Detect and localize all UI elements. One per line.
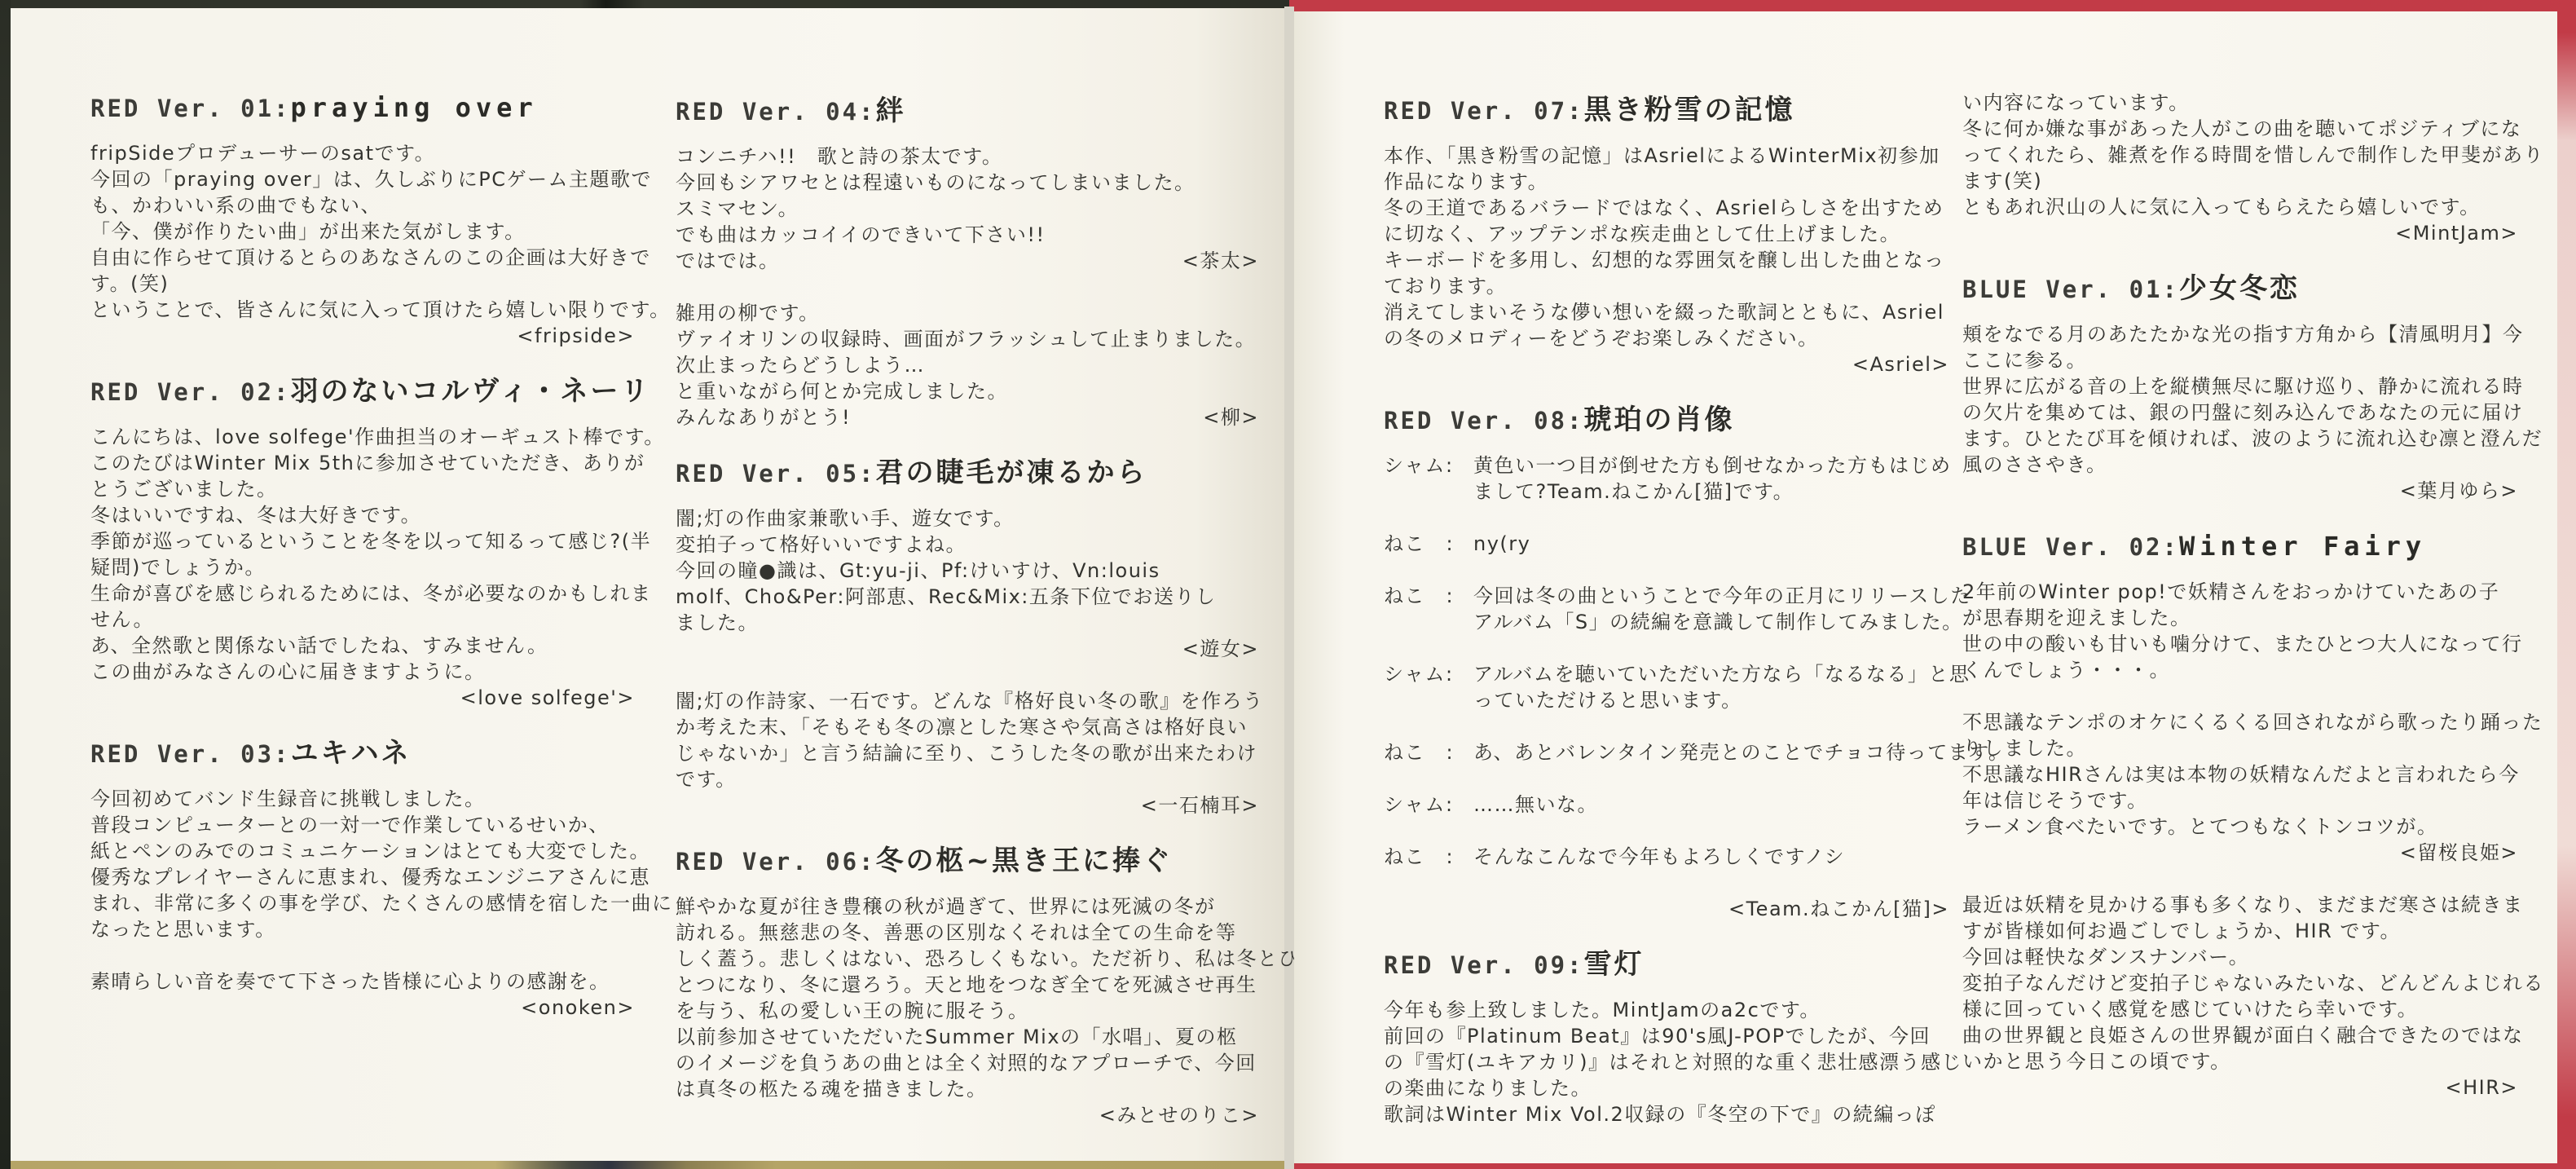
liner-notes-column-4: い内容になっています。冬に何か嫌な事があった人がこの曲を聴いてポジティブになって… bbox=[1962, 90, 2518, 1101]
track-title: ユキハネ bbox=[291, 737, 412, 770]
credit-signature: <love solfege'> bbox=[90, 685, 635, 711]
credit-signature: <柳> bbox=[1203, 404, 1259, 430]
dialog-turn: ねこ :あ、あとバレンタイン発売とのことでチョコ待ってます。 bbox=[1384, 739, 1949, 765]
comment-paragraph: 雑用の柳です。ヴァイオリンの収録時、画面がフラッシュして止まりました。次止まった… bbox=[676, 300, 1259, 404]
blank-line bbox=[676, 662, 1259, 688]
dialog-text: 今回は冬の曲ということで今年の正月にリリースしたアルバム「S」の続編を意識して制… bbox=[1473, 583, 1971, 635]
text-line: 雑用の柳です。 bbox=[676, 300, 1259, 326]
text-line: 今回初めてバンド生録音に挑戦しました。 bbox=[90, 786, 635, 812]
track-heading: RED Ver. 02:羽のないコルヴィ・ネーリ bbox=[90, 373, 635, 409]
text-line: せん。 bbox=[90, 607, 635, 633]
track-title: 絆 bbox=[876, 95, 906, 127]
text-line: 「今、僕が作りたい曲」が出来た気がします。 bbox=[90, 218, 635, 245]
text-line: こんにちは、love solfege'作曲担当のオーギュスト棒です。 bbox=[90, 424, 635, 450]
text-line: とうございました。 bbox=[90, 476, 635, 502]
track-title: Winter Fairy bbox=[2179, 531, 2426, 562]
dialog-speaker: シャム: bbox=[1384, 661, 1473, 713]
dialog-speaker: ねこ : bbox=[1384, 531, 1473, 557]
text-line: ともあれ沢山の人に気に入ってもらえたら嬉しいです。 bbox=[1962, 194, 2518, 220]
text-line: と重いながら何とか完成しました。 bbox=[676, 378, 1259, 404]
text-line: す。(笑) bbox=[90, 271, 635, 297]
dialog-turn: シャム:……無いな。 bbox=[1384, 792, 1949, 818]
text-line: か考えた末、「そもそも冬の凛とした寒さや気高さは格好良い bbox=[676, 714, 1259, 740]
text-line: が思春期を迎えました。 bbox=[1962, 605, 2518, 631]
scanned-booklet-spread: RED Ver. 01:praying overfripSideプロデューサーの… bbox=[0, 0, 2576, 1169]
track-number-label: RED Ver. 07: bbox=[1384, 97, 1584, 125]
text-line: の『雪灯(ユキアカリ)』はそれと対照的な重く悲壮感漂う感じ bbox=[1384, 1049, 1949, 1075]
booklet-page-right: RED Ver. 07:黒き粉雪の記憶本作、「黒き粉雪の記憶」はAsrielによ… bbox=[1294, 11, 2557, 1163]
text-line: の欠片を集めては、銀の円盤に刻み込んであなたの元に届け bbox=[1962, 399, 2518, 426]
text-line: も、かわいい系の曲でもない、 bbox=[90, 192, 635, 218]
blank-line bbox=[676, 274, 1259, 300]
track-number-label: BLUE Ver. 02: bbox=[1962, 533, 2179, 561]
comment-paragraph: 本作、「黒き粉雪の記憶」はAsrielによるWinterMix初参加作品になりま… bbox=[1384, 143, 1949, 351]
blank-line bbox=[1384, 505, 1949, 531]
comment-paragraph: コンニチハ!! 歌と詩の茶太です。今回もシアワセとは程遠いものになってしまいまし… bbox=[676, 143, 1259, 248]
text-line: あ、全然歌と関係ない話でしたね、すみません。 bbox=[90, 633, 635, 659]
track-number-label: RED Ver. 05: bbox=[676, 460, 876, 487]
comment-paragraph: 今回初めてバンド生録音に挑戦しました。普段コンピューターとの一対一で作業している… bbox=[90, 786, 635, 942]
text-line: アルバムを聴いていただいた方なら「なるなる」と思 bbox=[1473, 661, 1970, 687]
text-line: 素晴らしい音を奏でて下さった皆様に心よりの感謝を。 bbox=[90, 968, 635, 995]
dialog-turn: ねこ :そんなこんなで今年もよろしくですノシ bbox=[1384, 844, 1949, 870]
track-heading: RED Ver. 06:冬の柩~黒き王に捧ぐ bbox=[676, 843, 1259, 879]
text-line: くんでしょう・・・。 bbox=[1962, 657, 2518, 683]
track-title: 琥珀の肖像 bbox=[1584, 404, 1735, 436]
text-line: 消えてしまいそうな儚い想いを綴った歌詞とともに、Asriel bbox=[1384, 299, 1949, 325]
blank-line bbox=[1384, 765, 1949, 792]
text-line: まして?Team.ねこかん[猫]です。 bbox=[1473, 479, 1952, 505]
blank-line bbox=[1384, 635, 1949, 661]
text-line: このたびはWinter Mix 5thに参加させていただき、ありが bbox=[90, 450, 635, 476]
text-line: みんなありがとう! bbox=[676, 404, 851, 430]
text-line: りしました。 bbox=[1962, 735, 2518, 761]
text-line: 冬はいいですね、冬は大好きです。 bbox=[90, 502, 635, 528]
text-line: い内容になっています。 bbox=[1962, 90, 2518, 116]
text-line-with-signature: みんなありがとう!<柳> bbox=[676, 404, 1259, 430]
text-line: ます(笑) bbox=[1962, 168, 2518, 194]
text-line: 疑問)でしょうか。 bbox=[90, 554, 635, 580]
track-number-label: RED Ver. 01: bbox=[90, 95, 291, 122]
text-line: っていただけると思います。 bbox=[1473, 687, 1970, 713]
text-line: 冬に何か嫌な事があった人がこの曲を聴いてポジティブにな bbox=[1962, 116, 2518, 142]
text-line: ってくれたら、雑煮を作る時間を惜しんで制作した甲斐があり bbox=[1962, 142, 2518, 168]
booklet-page-left: RED Ver. 01:praying overfripSideプロデューサーの… bbox=[11, 8, 1284, 1161]
comment-paragraph: 今年も参上致しました。MintJamのa2cです。前回の『Platinum Be… bbox=[1384, 997, 1949, 1127]
dialog-speaker: シャム: bbox=[1384, 792, 1473, 818]
dialog-text: ……無いな。 bbox=[1473, 792, 1949, 818]
text-line: 変拍子って格好いいですよね。 bbox=[676, 532, 1259, 558]
comment-paragraph: 鮮やかな夏が往き豊穣の秋が過ぎて、世界には死滅の冬が訪れる。無慈悲の冬、善悪の区… bbox=[676, 893, 1259, 1102]
text-line: 前回の『Platinum Beat』は90's風J-POPでしたが、今回 bbox=[1384, 1023, 1949, 1049]
text-line: スミマセン。 bbox=[676, 196, 1259, 222]
track-title: 雪灯 bbox=[1584, 948, 1645, 981]
text-line: 今回の「praying over」は、久しぶりにPCゲーム主題歌で bbox=[90, 166, 635, 192]
track-heading: RED Ver. 03:ユキハネ bbox=[90, 735, 635, 771]
track-number-label: RED Ver. 04: bbox=[676, 98, 876, 126]
text-line: 季節が巡っているということを冬を以って知るって感じ?(半 bbox=[90, 528, 635, 554]
text-line: 黄色い一つ目が倒せた方も倒せなかった方もはじめ bbox=[1473, 452, 1952, 479]
comment-paragraph: fripSideプロデューサーのsatです。今回の「praying over」は… bbox=[90, 140, 635, 323]
text-line: ております。 bbox=[1384, 273, 1949, 299]
blank-line bbox=[1384, 870, 1949, 896]
text-line: 生命が喜びを感じられるためには、冬が必要なのかもしれま bbox=[90, 580, 635, 607]
text-line: いかと思う今日この頃です。 bbox=[1962, 1048, 2518, 1074]
text-line: 今回は軽快なダンスナンバー。 bbox=[1962, 944, 2518, 970]
dialog-turn: ねこ :今回は冬の曲ということで今年の正月にリリースしたアルバム「S」の続編を意… bbox=[1384, 583, 1949, 635]
track-heading: RED Ver. 09:雪灯 bbox=[1384, 946, 1949, 982]
text-line: すが皆様如何お過ごしでしょうか、HIR です。 bbox=[1962, 918, 2518, 944]
text-line: は真冬の柩たる魂を描きました。 bbox=[676, 1076, 1259, 1102]
dialog-speaker: ねこ : bbox=[1384, 583, 1473, 635]
text-line: のイメージを負うあの曲とは全く対照的なアプローチで、今回 bbox=[676, 1050, 1259, 1076]
comment-paragraph: い内容になっています。冬に何か嫌な事があった人がこの曲を聴いてポジティブになって… bbox=[1962, 90, 2518, 220]
text-line: あ、あとバレンタイン発売とのことでチョコ待ってます。 bbox=[1473, 739, 2009, 765]
text-line: 闇;灯の作曲家兼歌い手、遊女です。 bbox=[676, 505, 1259, 532]
dialog-text: アルバムを聴いていただいた方なら「なるなる」と思っていただけると思います。 bbox=[1473, 661, 1970, 713]
text-line: とつになり、冬に還ろう。天と地をつなぎ全てを死滅させ再生 bbox=[676, 972, 1259, 998]
dialog-text: 黄色い一つ目が倒せた方も倒せなかった方もはじめまして?Team.ねこかん[猫]で… bbox=[1473, 452, 1952, 505]
text-line: の冬のメロディーをどうぞお楽しみください。 bbox=[1384, 325, 1949, 351]
text-line: 鮮やかな夏が往き豊穣の秋が過ぎて、世界には死滅の冬が bbox=[676, 893, 1259, 920]
comment-paragraph: こんにちは、love solfege'作曲担当のオーギュスト棒です。このたびはW… bbox=[90, 424, 635, 685]
track-heading: RED Ver. 05:君の睫毛が凍るから bbox=[676, 455, 1259, 491]
track-title: 君の睫毛が凍るから bbox=[876, 457, 1147, 489]
text-line: 今回は冬の曲ということで今年の正月にリリースした bbox=[1473, 583, 1971, 609]
track-heading: RED Ver. 04:絆 bbox=[676, 93, 1259, 129]
credit-signature: <Asriel> bbox=[1384, 351, 1949, 377]
page-fold-gap bbox=[1284, 7, 1294, 1169]
text-line: に切なく、アップテンポな疾走曲として仕上げました。 bbox=[1384, 221, 1949, 247]
comment-paragraph: 闇;灯の作詩家、一石です。どんな『格好良い冬の歌』を作ろうか考えた末、「そもそも… bbox=[676, 688, 1259, 792]
text-line: 曲の世界観と良姫さんの世界観が面白く融合できたのではな bbox=[1962, 1022, 2518, 1048]
credit-signature: <MintJam> bbox=[1962, 220, 2518, 246]
comment-paragraph: 頬をなでる月のあたたかな光の指す方角から【清風明月】今ここに参る。世界に広がる音… bbox=[1962, 321, 2518, 478]
blank-line bbox=[1384, 818, 1949, 844]
dialog-text: ny(ry bbox=[1473, 531, 1949, 557]
text-line: 頬をなでる月のあたたかな光の指す方角から【清風明月】今 bbox=[1962, 321, 2518, 347]
text-line-with-signature: ではでは。<茶太> bbox=[676, 248, 1259, 274]
comment-paragraph: 素晴らしい音を奏でて下さった皆様に心よりの感謝を。 bbox=[90, 968, 635, 995]
text-line: 訪れる。無慈悲の冬、善悪の区別なくそれは全ての生命を等 bbox=[676, 920, 1259, 946]
text-line: 不思議なテンポのオケにくるくる回されながら歌ったり踊った bbox=[1962, 709, 2518, 735]
credit-signature: <HIR> bbox=[1962, 1074, 2518, 1101]
text-line: コンニチハ!! 歌と詩の茶太です。 bbox=[676, 143, 1259, 170]
credit-signature: <遊女> bbox=[676, 636, 1259, 662]
comment-paragraph: 2年前のWinter pop!で妖精さんをおっかけていたあの子が思春期を迎えまし… bbox=[1962, 579, 2518, 683]
track-heading: BLUE Ver. 02:Winter Fairy bbox=[1962, 528, 2518, 564]
track-number-label: RED Ver. 08: bbox=[1384, 407, 1584, 435]
blank-line bbox=[1962, 866, 2518, 892]
credit-signature: <Team.ねこかん[猫]> bbox=[1384, 896, 1949, 922]
text-line: の楽曲になりました。 bbox=[1384, 1075, 1949, 1101]
text-line: 作品になります。 bbox=[1384, 169, 1949, 195]
track-title: 黒き粉雪の記憶 bbox=[1584, 94, 1795, 126]
text-line: ヴァイオリンの収録時、画面がフラッシュして止まりました。 bbox=[676, 326, 1259, 352]
text-line: 風のささやき。 bbox=[1962, 452, 2518, 478]
text-line: 本作、「黒き粉雪の記憶」はAsrielによるWinterMix初参加 bbox=[1384, 143, 1949, 169]
dialog-speaker: シャム: bbox=[1384, 452, 1473, 505]
text-line: 歌詞はWinter Mix Vol.2収録の『冬空の下で』の続編っぽ bbox=[1384, 1101, 1949, 1127]
track-number-label: RED Ver. 02: bbox=[90, 378, 291, 406]
credit-signature: <葉月ゆら> bbox=[1962, 478, 2518, 504]
text-line: ここに参る。 bbox=[1962, 347, 2518, 373]
track-title: 羽のないコルヴィ・ネーリ bbox=[291, 375, 651, 408]
track-heading: RED Ver. 01:praying over bbox=[90, 90, 635, 126]
credit-signature: <一石楠耳> bbox=[676, 792, 1259, 818]
track-number-label: BLUE Ver. 01: bbox=[1962, 276, 2179, 303]
text-line: 最近は妖精を見かける事も多くなり、まだまだ寒さは続きま bbox=[1962, 892, 2518, 918]
text-line: 変拍子なんだけど変拍子じゃないみたいな、どんどんよじれる bbox=[1962, 970, 2518, 996]
credit-signature: <onoken> bbox=[90, 995, 635, 1021]
credit-signature: <みとせのりこ> bbox=[676, 1102, 1259, 1128]
track-number-label: RED Ver. 09: bbox=[1384, 951, 1584, 979]
text-line: ……無いな。 bbox=[1473, 792, 1949, 818]
dialog-turn: ねこ :ny(ry bbox=[1384, 531, 1949, 557]
text-line: アルバム「S」の続編を意識して制作してみました。 bbox=[1473, 609, 1971, 635]
track-heading: BLUE Ver. 01:少女冬恋 bbox=[1962, 271, 2518, 307]
dialog-text: あ、あとバレンタイン発売とのことでチョコ待ってます。 bbox=[1473, 739, 2009, 765]
track-title: 冬の柩~黒き王に捧ぐ bbox=[876, 845, 1174, 877]
credit-signature: <留桜良姫> bbox=[1962, 840, 2518, 866]
dialog-turn: シャム:アルバムを聴いていただいた方なら「なるなる」と思っていただけると思います… bbox=[1384, 661, 1949, 713]
text-line: ました。 bbox=[676, 610, 1259, 636]
dialog-speaker: ねこ : bbox=[1384, 844, 1473, 870]
text-line: この曲がみなさんの心に届きますように。 bbox=[90, 659, 635, 685]
blank-line bbox=[1384, 557, 1949, 583]
text-line: 冬の王道であるバラードではなく、Asrielらしさを出すため bbox=[1384, 195, 1949, 221]
text-line: 様に回っていく感覚を感じていけたら幸いです。 bbox=[1962, 996, 2518, 1022]
liner-notes-column-3: RED Ver. 07:黒き粉雪の記憶本作、「黒き粉雪の記憶」はAsrielによ… bbox=[1384, 92, 1949, 1127]
scan-edge-right-red bbox=[2557, 33, 2576, 1117]
blank-line bbox=[1384, 713, 1949, 739]
text-line: を与う、私の愛しい王の腕に服そう。 bbox=[676, 998, 1259, 1024]
text-line: 紙とペンのみでのコミュニケーションはとても大変でした。 bbox=[90, 838, 635, 864]
dialog-turn: シャム:黄色い一つ目が倒せた方も倒せなかった方もはじめまして?Team.ねこかん… bbox=[1384, 452, 1949, 505]
text-line: 優秀なプレイヤーさんに恵まれ、優秀なエンジニアさんに恵 bbox=[90, 864, 635, 890]
text-line: 不思議なHIRさんは実は本物の妖精なんだよと言われたら今 bbox=[1962, 761, 2518, 787]
track-title: praying over bbox=[291, 92, 538, 123]
track-number-label: RED Ver. 06: bbox=[676, 848, 876, 876]
text-line: 次止まったらどうしよう… bbox=[676, 352, 1259, 378]
text-line: 2年前のWinter pop!で妖精さんをおっかけていたあの子 bbox=[1962, 579, 2518, 605]
credit-signature: <fripside> bbox=[90, 323, 635, 349]
text-line: なったと思います。 bbox=[90, 916, 635, 942]
text-line: でも曲はカッコイイのできいて下さい!! bbox=[676, 222, 1259, 248]
text-line: 年は信じそうです。 bbox=[1962, 787, 2518, 814]
text-line: 今回もシアワセとは程遠いものになってしまいました。 bbox=[676, 170, 1259, 196]
text-line: 世の中の酸いも甘いも噛分けて、またひとつ大人になって行 bbox=[1962, 631, 2518, 657]
text-line: ではでは。 bbox=[676, 248, 780, 274]
text-line: 自由に作らせて頂けるとらのあなさんのこの企画は大好きで bbox=[90, 245, 635, 271]
text-line: 世界に広がる音の上を縦横無尽に駆け巡り、静かに流れる時 bbox=[1962, 373, 2518, 399]
scan-edge-left-dark bbox=[0, 0, 11, 1169]
comment-paragraph: 闇;灯の作曲家兼歌い手、遊女です。変拍子って格好いいですよね。今回の瞳●識は、G… bbox=[676, 505, 1259, 636]
text-line: キーボードを多用し、幻想的な雰囲気を醸し出した曲となっ bbox=[1384, 247, 1949, 273]
text-line: です。 bbox=[676, 766, 1259, 792]
text-line: ます。ひとたび耳を傾ければ、波のように流れ込む凛と澄んだ bbox=[1962, 426, 2518, 452]
text-line: 闇;灯の作詩家、一石です。どんな『格好良い冬の歌』を作ろう bbox=[676, 688, 1259, 714]
text-line: molf、Cho&Per:阿部恵、Rec&Mix:五条下位でお送りし bbox=[676, 584, 1259, 610]
text-line: じゃないか」と言う結論に至り、こうした冬の歌が出来たわけ bbox=[676, 740, 1259, 766]
track-title: 少女冬恋 bbox=[2179, 272, 2300, 305]
comment-paragraph: 最近は妖精を見かける事も多くなり、まだまだ寒さは続きますが皆様如何お過ごしでしょ… bbox=[1962, 892, 2518, 1074]
dialog-speaker: ねこ : bbox=[1384, 739, 1473, 765]
comment-paragraph: 不思議なテンポのオケにくるくる回されながら歌ったり踊ったりしました。不思議なHI… bbox=[1962, 709, 2518, 840]
liner-notes-column-1: RED Ver. 01:praying overfripSideプロデューサーの… bbox=[90, 90, 635, 1021]
text-line: 普段コンピューターとの一対一で作業しているせいか、 bbox=[90, 812, 635, 838]
text-line: 今年も参上致しました。MintJamのa2cです。 bbox=[1384, 997, 1949, 1023]
dialog-text: そんなこんなで今年もよろしくですノシ bbox=[1473, 844, 1949, 870]
blank-line bbox=[90, 942, 635, 968]
track-number-label: RED Ver. 03: bbox=[90, 740, 291, 768]
text-line: ラーメン食べたいです。とてつもなくトンコツが。 bbox=[1962, 814, 2518, 840]
text-line: fripSideプロデューサーのsatです。 bbox=[90, 140, 635, 166]
text-line: 以前参加させていただいたSummer Mixの「水唱」、夏の柩 bbox=[676, 1024, 1259, 1050]
text-line: まれ、非常に多くの事を学び、たくさんの感情を宿した一曲に bbox=[90, 890, 635, 916]
track-heading: RED Ver. 07:黒き粉雪の記憶 bbox=[1384, 92, 1949, 128]
text-line: ny(ry bbox=[1473, 531, 1949, 557]
text-line: そんなこんなで今年もよろしくですノシ bbox=[1473, 844, 1949, 870]
track-heading: RED Ver. 08:琥珀の肖像 bbox=[1384, 402, 1949, 438]
text-line: しく蓋う。悲しくはない、恐ろしくもない。ただ祈り、私は冬とひ bbox=[676, 946, 1259, 972]
text-line: 今回の瞳●識は、Gt:yu-ji、Pf:けいすけ、Vn:louis bbox=[676, 558, 1259, 584]
liner-notes-column-2: RED Ver. 04:絆コンニチハ!! 歌と詩の茶太です。今回もシアワセとは程… bbox=[676, 93, 1259, 1128]
text-line: ということで、皆さんに気に入って頂けたら嬉しい限りです。 bbox=[90, 297, 635, 323]
blank-line bbox=[1962, 683, 2518, 709]
credit-signature: <茶太> bbox=[1182, 248, 1259, 274]
